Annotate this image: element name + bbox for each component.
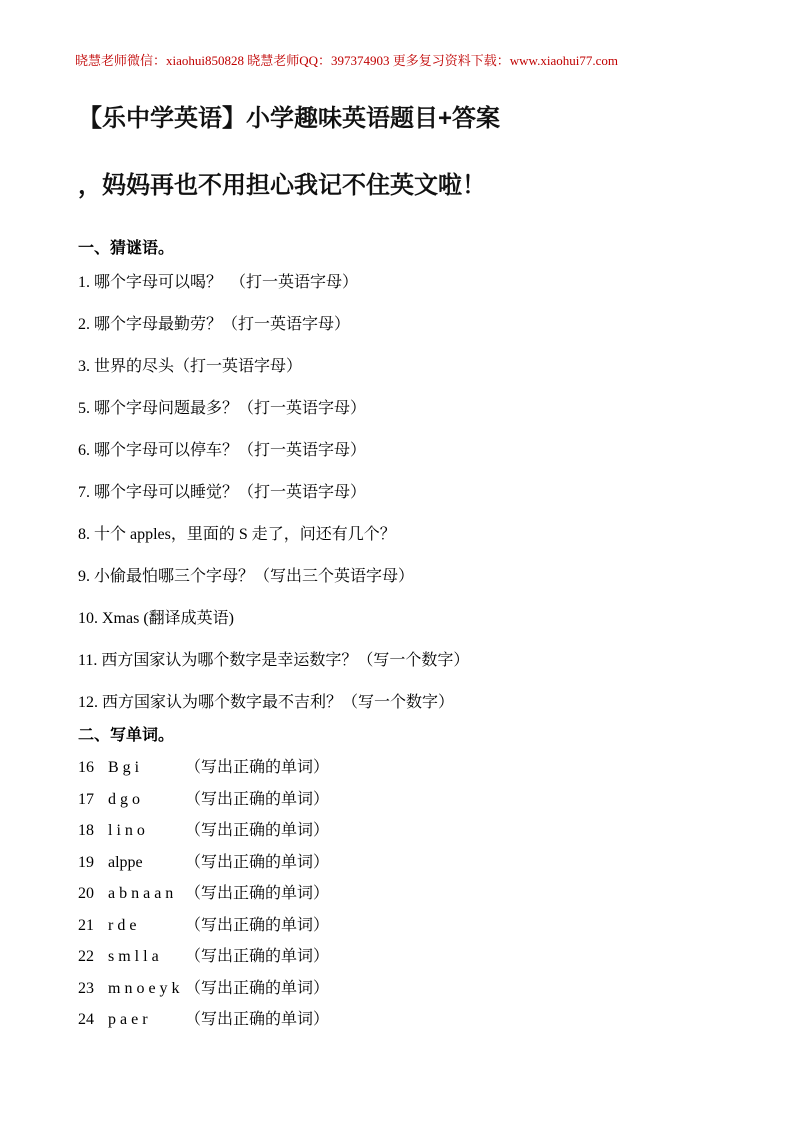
word-item-number: 24 — [78, 1009, 108, 1030]
word-item-hint: （写出正确的单词） — [185, 852, 329, 873]
word-item-hint: （写出正确的单词） — [185, 757, 329, 778]
word-item-22: 22 s m l l a （写出正确的单词） — [78, 946, 738, 967]
word-item-hint: （写出正确的单词） — [185, 946, 329, 967]
document-title: 【乐中学英语】小学趣味英语题目+答案 — [78, 103, 738, 134]
word-item-letters: l i n o — [108, 820, 185, 841]
word-item-letters: B g i — [108, 757, 185, 778]
document-subtitle: ，妈妈再也不用担心我记不住英文啦！ — [78, 170, 738, 201]
word-item-20: 20 a b n a a n （写出正确的单词） — [78, 883, 738, 904]
word-item-letters: alppe — [108, 852, 185, 873]
word-item-number: 21 — [78, 915, 108, 936]
word-item-24: 24 p a e r （写出正确的单词） — [78, 1009, 738, 1030]
word-item-17: 17 d g o （写出正确的单词） — [78, 789, 738, 810]
riddle-item-10: 10. Xmas (翻译成英语) — [78, 608, 738, 629]
word-item-19: 19 alppe （写出正确的单词） — [78, 852, 738, 873]
word-item-letters: p a e r — [108, 1009, 185, 1030]
riddle-item-8: 8. 十个 apples，里面的 S 走了，问还有几个？ — [78, 524, 738, 545]
word-item-letters: d g o — [108, 789, 185, 810]
word-item-23: 23 m n o e y k （写出正确的单词） — [78, 978, 738, 999]
riddle-item-5: 5. 哪个字母问题最多？（打一英语字母） — [78, 398, 738, 419]
section1-heading: 一、猜谜语。 — [78, 238, 738, 259]
word-item-16: 16 B g i （写出正确的单词） — [78, 757, 738, 778]
word-item-number: 16 — [78, 757, 108, 778]
word-item-hint: （写出正确的单词） — [185, 978, 329, 999]
word-item-21: 21 r d e （写出正确的单词） — [78, 915, 738, 936]
word-item-number: 17 — [78, 789, 108, 810]
word-item-hint: （写出正确的单词） — [185, 789, 329, 810]
word-item-hint: （写出正确的单词） — [185, 1009, 329, 1030]
word-item-hint: （写出正确的单词） — [185, 915, 329, 936]
document-page: 晓慧老师微信：xiaohui850828 晓慧老师QQ：397374903 更多… — [0, 0, 793, 1122]
word-item-number: 22 — [78, 946, 108, 967]
riddle-item-6: 6. 哪个字母可以停车？（打一英语字母） — [78, 440, 738, 461]
riddle-item-11: 11. 西方国家认为哪个数字是幸运数字？（写一个数字） — [78, 650, 738, 671]
section2-heading: 二、写单词。 — [78, 725, 738, 746]
riddle-item-9: 9. 小偷最怕哪三个字母？（写出三个英语字母） — [78, 566, 738, 587]
riddle-item-3: 3. 世界的尽头（打一英语字母） — [78, 356, 738, 377]
word-item-18: 18 l i n o （写出正确的单词） — [78, 820, 738, 841]
word-item-number: 18 — [78, 820, 108, 841]
word-item-letters: s m l l a — [108, 946, 185, 967]
riddle-item-12: 12. 西方国家认为哪个数字最不吉利？（写一个数字） — [78, 692, 738, 713]
word-item-number: 20 — [78, 883, 108, 904]
page-header-contact-line: 晓慧老师微信：xiaohui850828 晓慧老师QQ：397374903 更多… — [75, 52, 738, 70]
word-item-number: 23 — [78, 978, 108, 999]
riddle-item-7: 7. 哪个字母可以睡觉？（打一英语字母） — [78, 482, 738, 503]
word-item-letters: m n o e y k — [108, 978, 185, 999]
word-item-letters: a b n a a n — [108, 883, 185, 904]
word-item-hint: （写出正确的单词） — [185, 820, 329, 841]
riddle-item-2: 2. 哪个字母最勤劳？（打一英语字母） — [78, 314, 738, 335]
word-item-number: 19 — [78, 852, 108, 873]
word-item-letters: r d e — [108, 915, 185, 936]
word-item-hint: （写出正确的单词） — [185, 883, 329, 904]
riddle-item-1: 1. 哪个字母可以喝？ （打一英语字母） — [78, 272, 738, 293]
